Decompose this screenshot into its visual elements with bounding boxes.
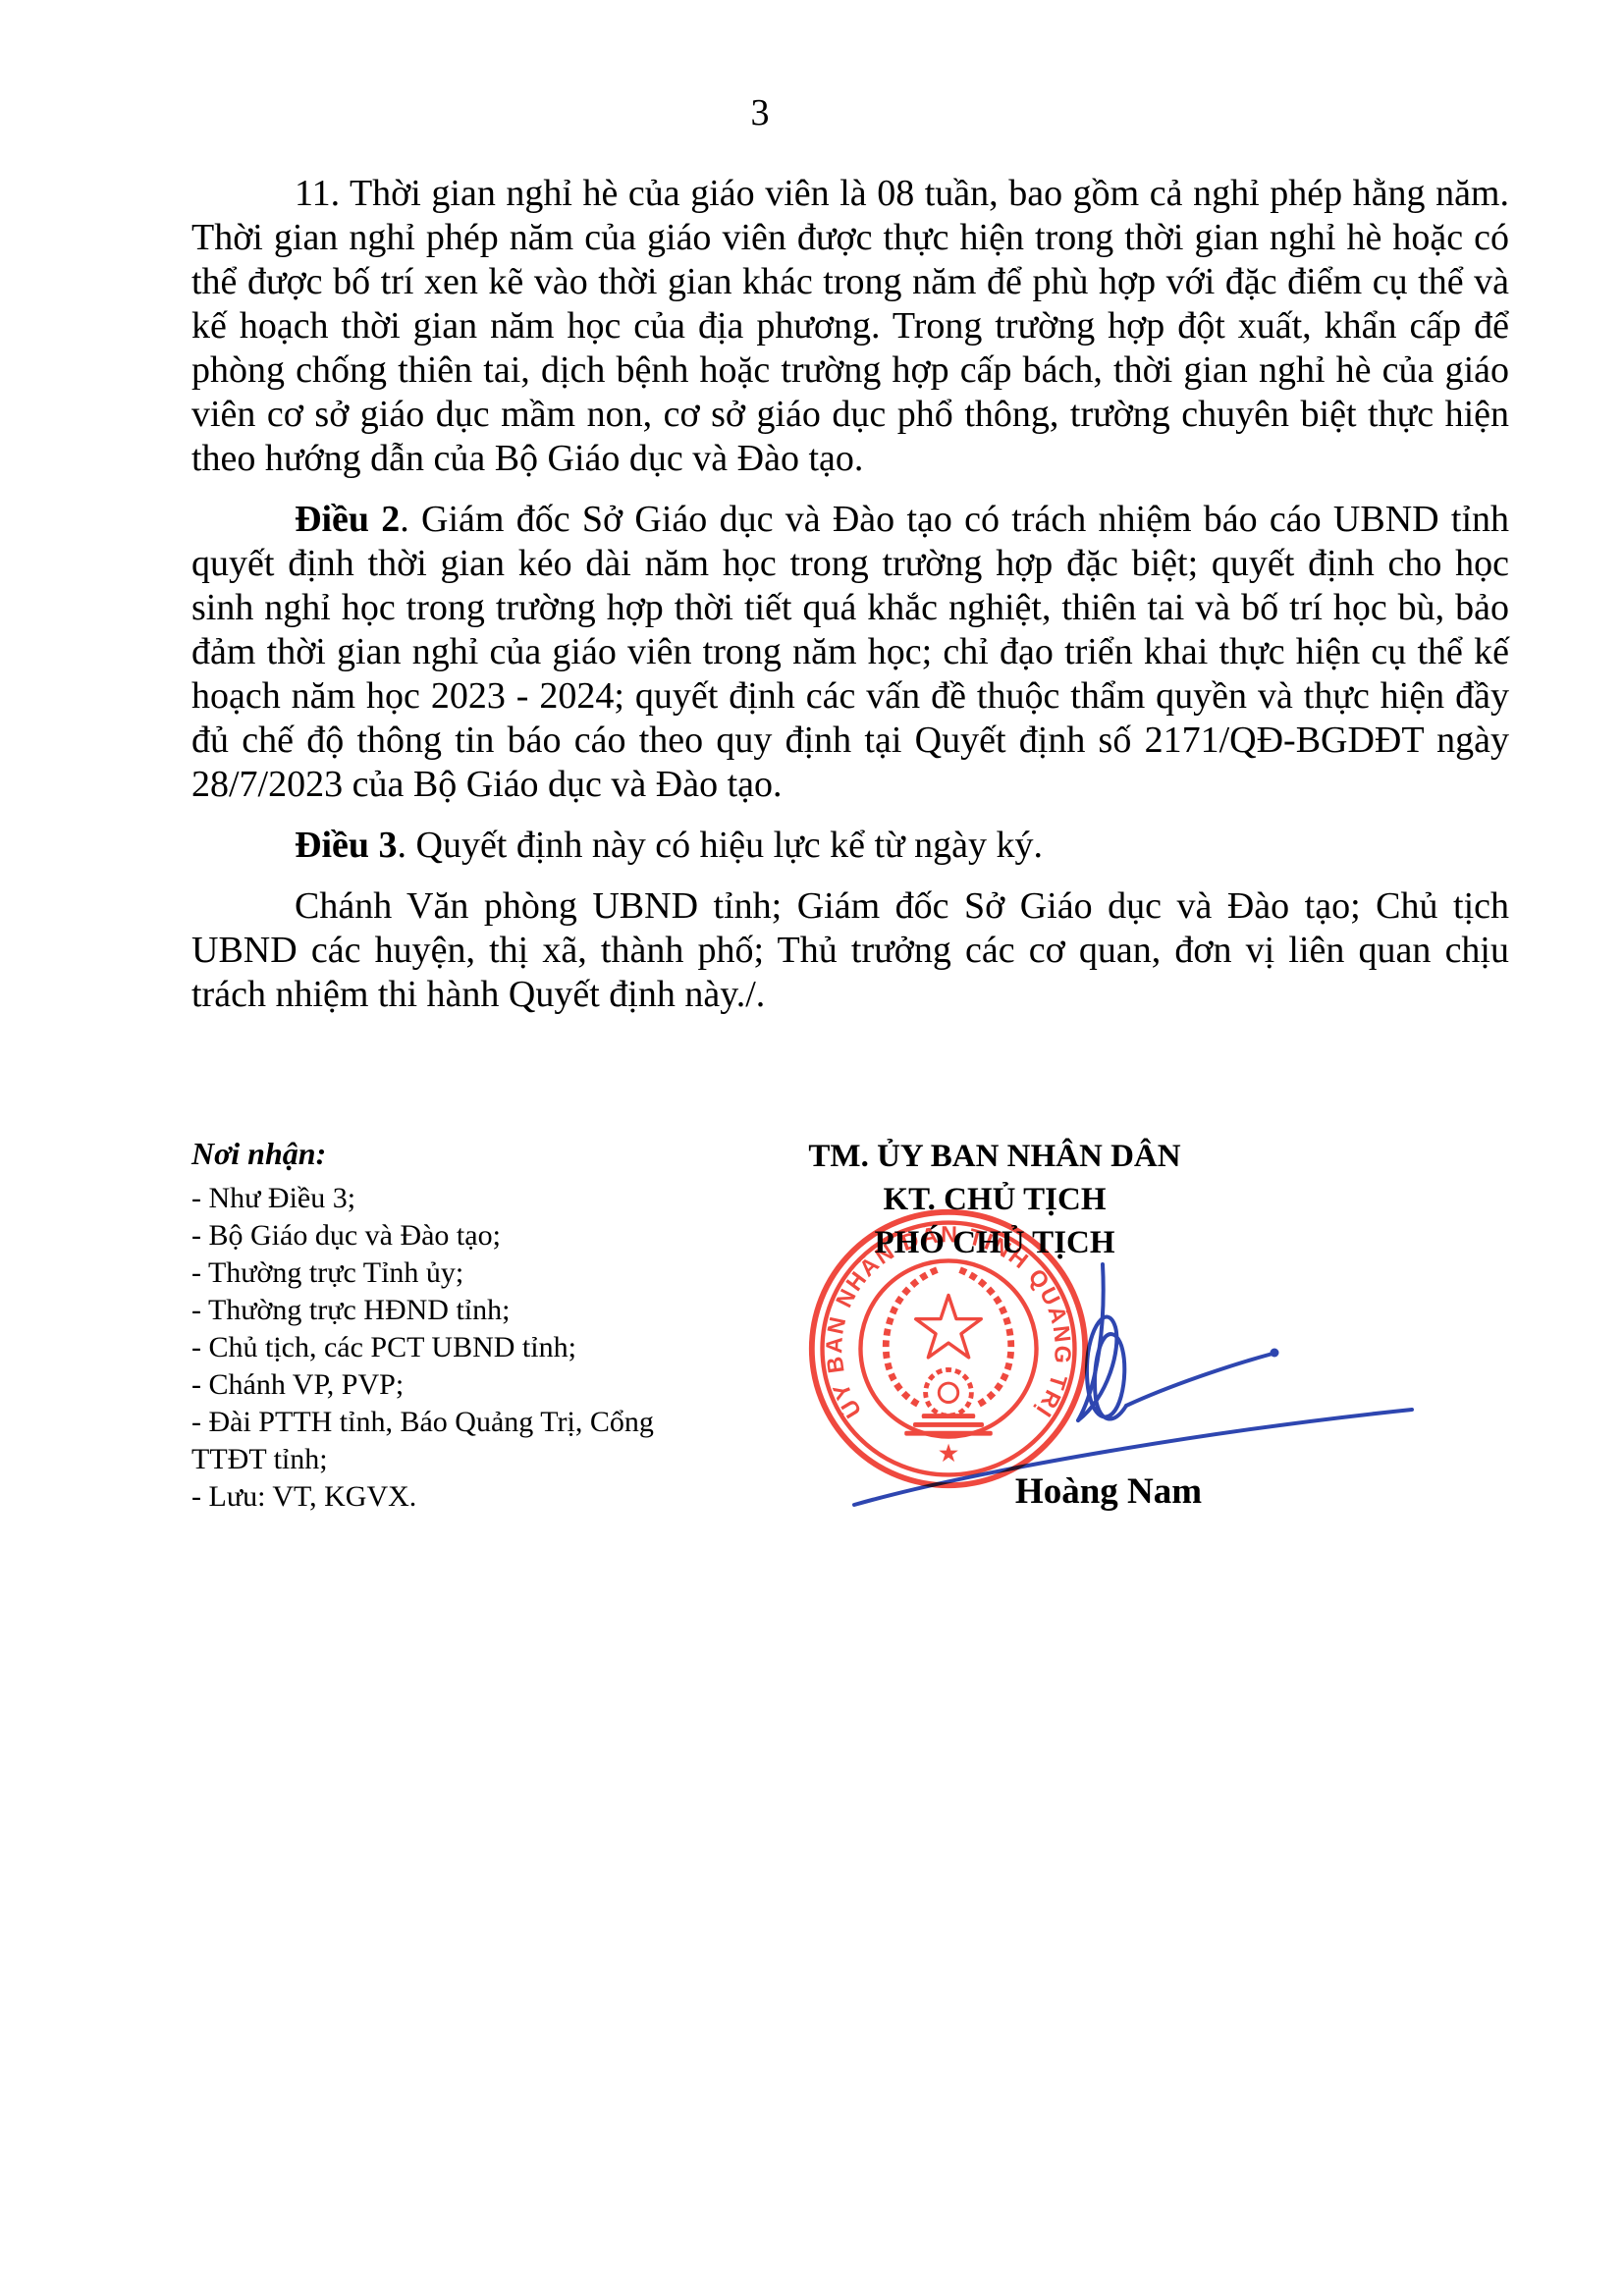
paragraph-text: . Quyết định này có hiệu lực kể từ ngày … [398,825,1044,866]
document-page: 3 11. Thời gian nghỉ hè của giáo viên là… [0,0,1624,2296]
paragraph-text: . Giám đốc Sở Giáo dục và Đào tạo có trá… [191,499,1509,805]
recipient-line: - Chủ tịch, các PCT UBND tỉnh; [191,1329,663,1366]
document-body: 11. Thời gian nghỉ hè của giáo viên là 0… [191,172,1509,1034]
recipient-line: - Lưu: VT, KGVX. [191,1478,663,1516]
paragraph-text: Chánh Văn phòng UBND tỉnh; Giám đốc Sở G… [191,885,1509,1015]
recipient-line: - Bộ Giáo dục và Đào tạo; [191,1217,663,1255]
recipient-line: - Chánh VP, PVP; [191,1366,663,1404]
article-label: Điều 2 [295,499,400,540]
page-number: 3 [0,91,1520,135]
paragraph-article-2: Điều 2. Giám đốc Sở Giáo dục và Đào tạo … [191,498,1509,807]
recipients-heading: Nơi nhận: [191,1135,663,1172]
paragraph-text: 11. Thời gian nghỉ hè của giáo viên là 0… [191,173,1509,479]
recipient-line: - Thường trực Tỉnh ủy; [191,1255,663,1292]
paragraph-implementation: Chánh Văn phòng UBND tỉnh; Giám đốc Sở G… [191,884,1509,1017]
signer-name: Hoàng Nam [961,1470,1256,1514]
paragraph-clause-11: 11. Thời gian nghỉ hè của giáo viên là 0… [191,172,1509,481]
article-label: Điều 3 [295,825,398,866]
recipient-line-continuation: TTĐT tỉnh; [191,1441,663,1478]
authority-line: TM. ỦY BAN NHÂN DÂN [766,1135,1223,1178]
recipient-line: - Đài PTTH tỉnh, Báo Quảng Trị, Cổng [191,1404,663,1441]
recipient-line: - Như Điều 3; [191,1180,663,1217]
recipient-line: - Thường trực HĐND tỉnh; [191,1292,663,1329]
recipients-block: Nơi nhận: - Như Điều 3; - Bộ Giáo dục và… [191,1135,663,1516]
paragraph-article-3: Điều 3. Quyết định này có hiệu lực kể từ… [191,824,1509,868]
